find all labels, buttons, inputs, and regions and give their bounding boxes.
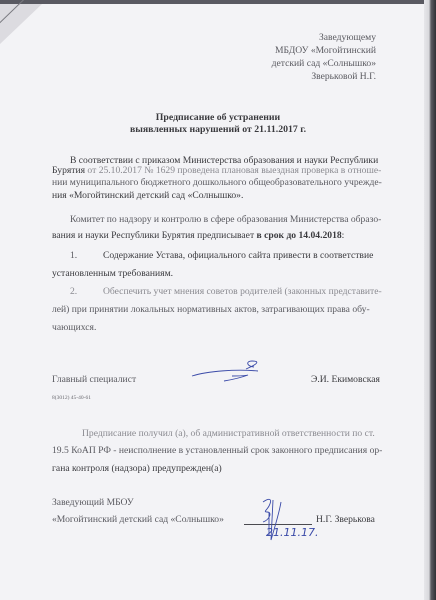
- signatory-name: Н.Г. Зверькова: [316, 514, 375, 526]
- text-line: чающихся.: [52, 322, 96, 334]
- item-number: 1.: [70, 250, 77, 262]
- text-line: ния «Могойтинский детский сад «Солнышко»…: [52, 190, 243, 202]
- text-line: 19.5 КоАП РФ - неисполнение в установлен…: [52, 445, 382, 457]
- item-number: 2.: [70, 286, 77, 298]
- folded-corner: [0, 4, 42, 44]
- text-line: Обеспечить учет мнения советов родителей…: [103, 286, 382, 298]
- addressee-line: детский сад «Солнышко»: [272, 58, 376, 70]
- text-fragment: Бурятия: [52, 165, 85, 176]
- document-title: выявленных нарушений от 21.11.2017 г.: [0, 124, 436, 136]
- text-line: лей) при принятии локальных нормативных …: [52, 304, 370, 316]
- document-page: [0, 4, 424, 600]
- text-line: вания и науки Республики Бурятия предпис…: [52, 230, 344, 242]
- text-line: Предписание получил (а), об администрати…: [82, 428, 375, 440]
- text-line: нии муниципального бюджетного дошкольног…: [52, 177, 382, 189]
- signature-icon: [188, 362, 268, 384]
- signatory-position: Главный специалист: [52, 374, 136, 386]
- document-title: Предписание об устранении: [0, 112, 436, 124]
- text-line: Комитет по надзору и контролю в сфере об…: [70, 214, 381, 226]
- text-line: гана контроля (надзора) предупрежден(а): [52, 463, 222, 475]
- text-line: установленным требованиям.: [52, 268, 173, 280]
- signatory-position: Заведующий МБОУ: [52, 497, 134, 509]
- deadline-text: в срок до 14.04.2018: [257, 230, 342, 241]
- signatory-name: Э.И. Екимовская: [311, 374, 380, 386]
- text-fragment: от 25.10.2017 № 1629 проведена плановая …: [85, 165, 381, 176]
- phone-number: 8(3012) 45-40-61: [52, 392, 91, 404]
- signatory-organization: «Могойтинский детский сад «Солнышко»: [52, 514, 224, 526]
- text-fragment: вания и науки Республики Бурятия предпис…: [52, 230, 257, 241]
- text-line: Содержание Устава, официального сайта пр…: [103, 250, 373, 262]
- scanner-border-right: [424, 0, 436, 600]
- scanner-border-top: [0, 0, 436, 4]
- addressee-line: МБДОУ «Могойтинский: [275, 45, 376, 57]
- handwritten-date: 21.11.17.: [266, 527, 318, 539]
- addressee-line: Зверьковой Н.Г.: [311, 71, 376, 83]
- addressee-line: Заведующему: [319, 32, 376, 44]
- text-fragment: :: [342, 230, 345, 241]
- text-line: Бурятия от 25.10.2017 № 1629 проведена п…: [52, 165, 381, 177]
